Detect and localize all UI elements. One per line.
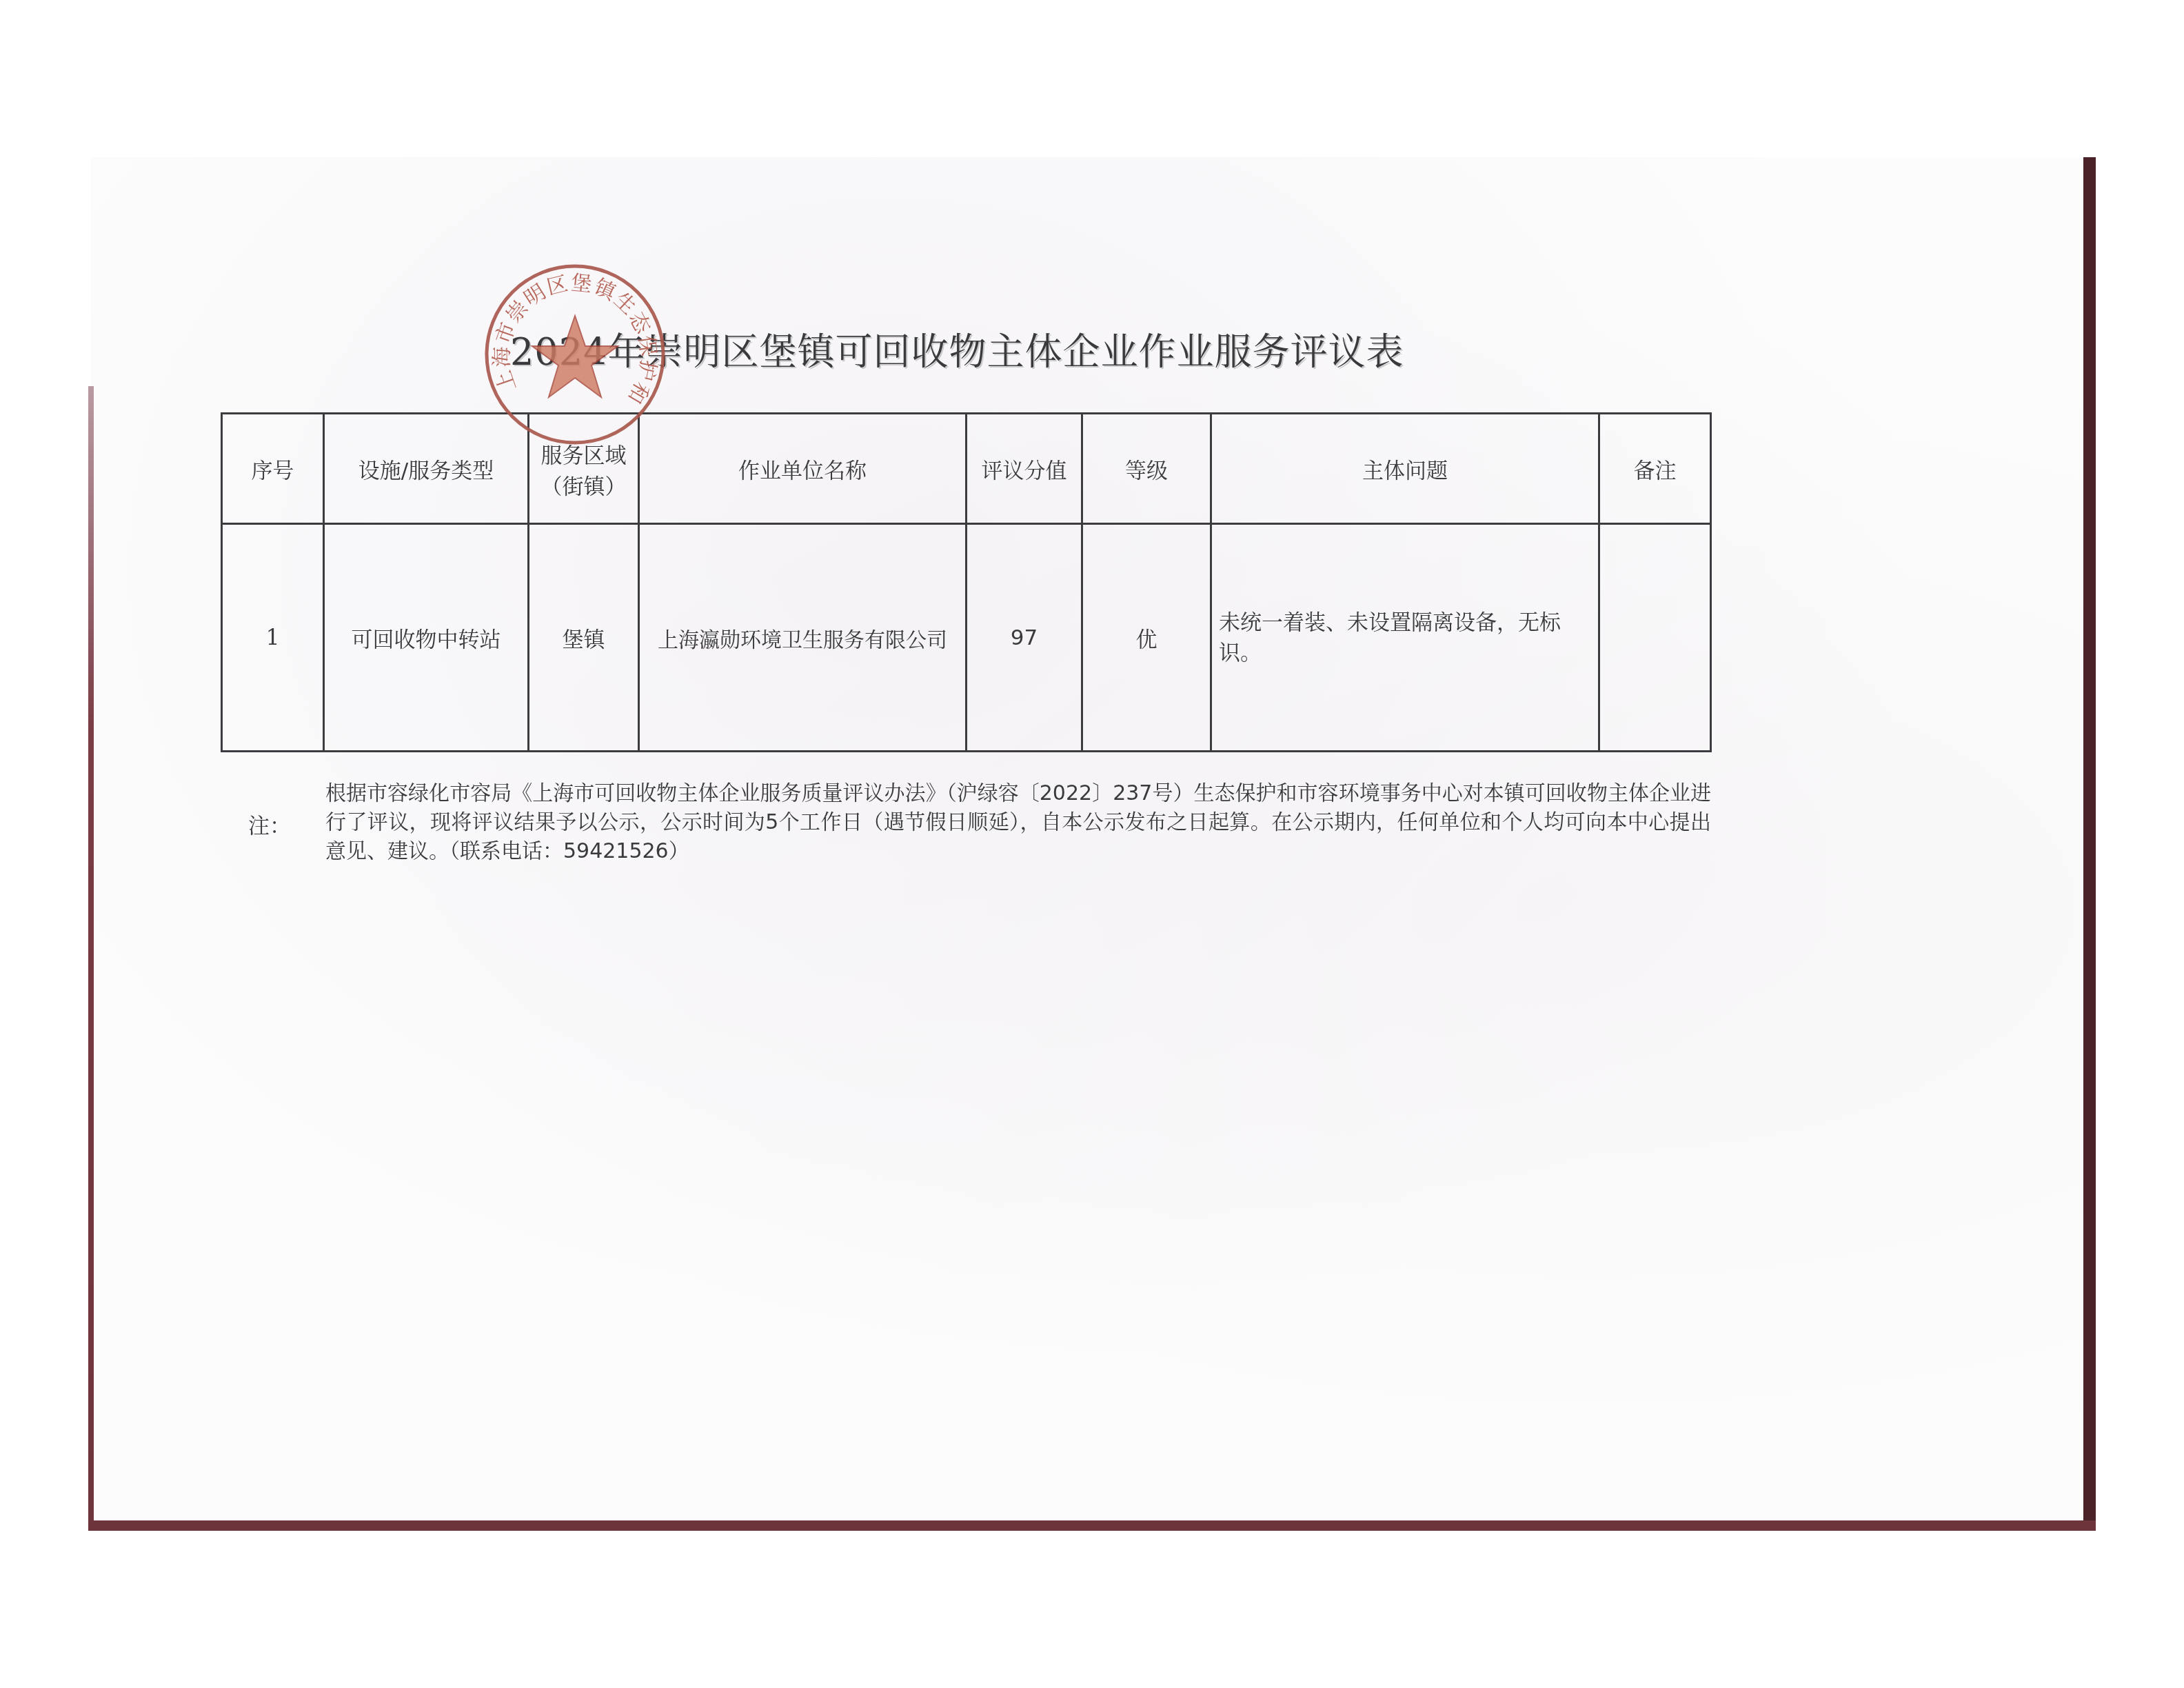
table-header-row: 序号 设施/服务类型 服务区域 （街镇） 作业单位名称 评议分值 等级 主体问题…: [222, 414, 1711, 524]
cell-remarks: [1599, 524, 1711, 752]
header-remarks: 备注: [1599, 414, 1711, 524]
document-title: 2024年崇明区堡镇可回收物主体企业作业服务评议表: [510, 323, 1475, 376]
cell-service-area: 堡镇: [529, 524, 639, 752]
scan-edge-left: [88, 386, 94, 1531]
header-service-area-line1: 服务区域: [529, 438, 638, 469]
evaluation-table: 序号 设施/服务类型 服务区域 （街镇） 作业单位名称 评议分值 等级 主体问题…: [221, 412, 1712, 752]
cell-company: 上海瀛勋环境卫生服务有限公司: [639, 524, 967, 752]
cell-grade: 优: [1082, 524, 1211, 752]
header-facility-type: 设施/服务类型: [324, 414, 529, 524]
cell-issues: 未统一着装、未设置隔离设备，无标识。: [1211, 524, 1599, 752]
header-service-area-line2: （街镇）: [529, 469, 638, 500]
header-company: 作业单位名称: [639, 414, 967, 524]
scan-edge-bottom: [88, 1520, 2096, 1531]
header-issues: 主体问题: [1211, 414, 1599, 524]
header-score: 评议分值: [967, 414, 1082, 524]
cell-facility-type: 可回收物中转站: [324, 524, 529, 752]
cell-score: 97: [967, 524, 1082, 752]
header-grade: 等级: [1082, 414, 1211, 524]
note-label: 注：: [248, 808, 291, 839]
header-serial: 序号: [222, 414, 324, 524]
header-service-area: 服务区域 （街镇）: [529, 414, 639, 524]
note-text: 根据市容绿化市容局《上海市可回收物主体企业服务质量评议办法》（沪绿容〔2022〕…: [325, 779, 1711, 866]
table-row: 1 可回收物中转站 堡镇 上海瀛勋环境卫生服务有限公司 97 优 未统一着装、未…: [222, 524, 1711, 752]
scan-edge-right: [2083, 157, 2096, 1529]
cell-serial: 1: [222, 524, 324, 752]
